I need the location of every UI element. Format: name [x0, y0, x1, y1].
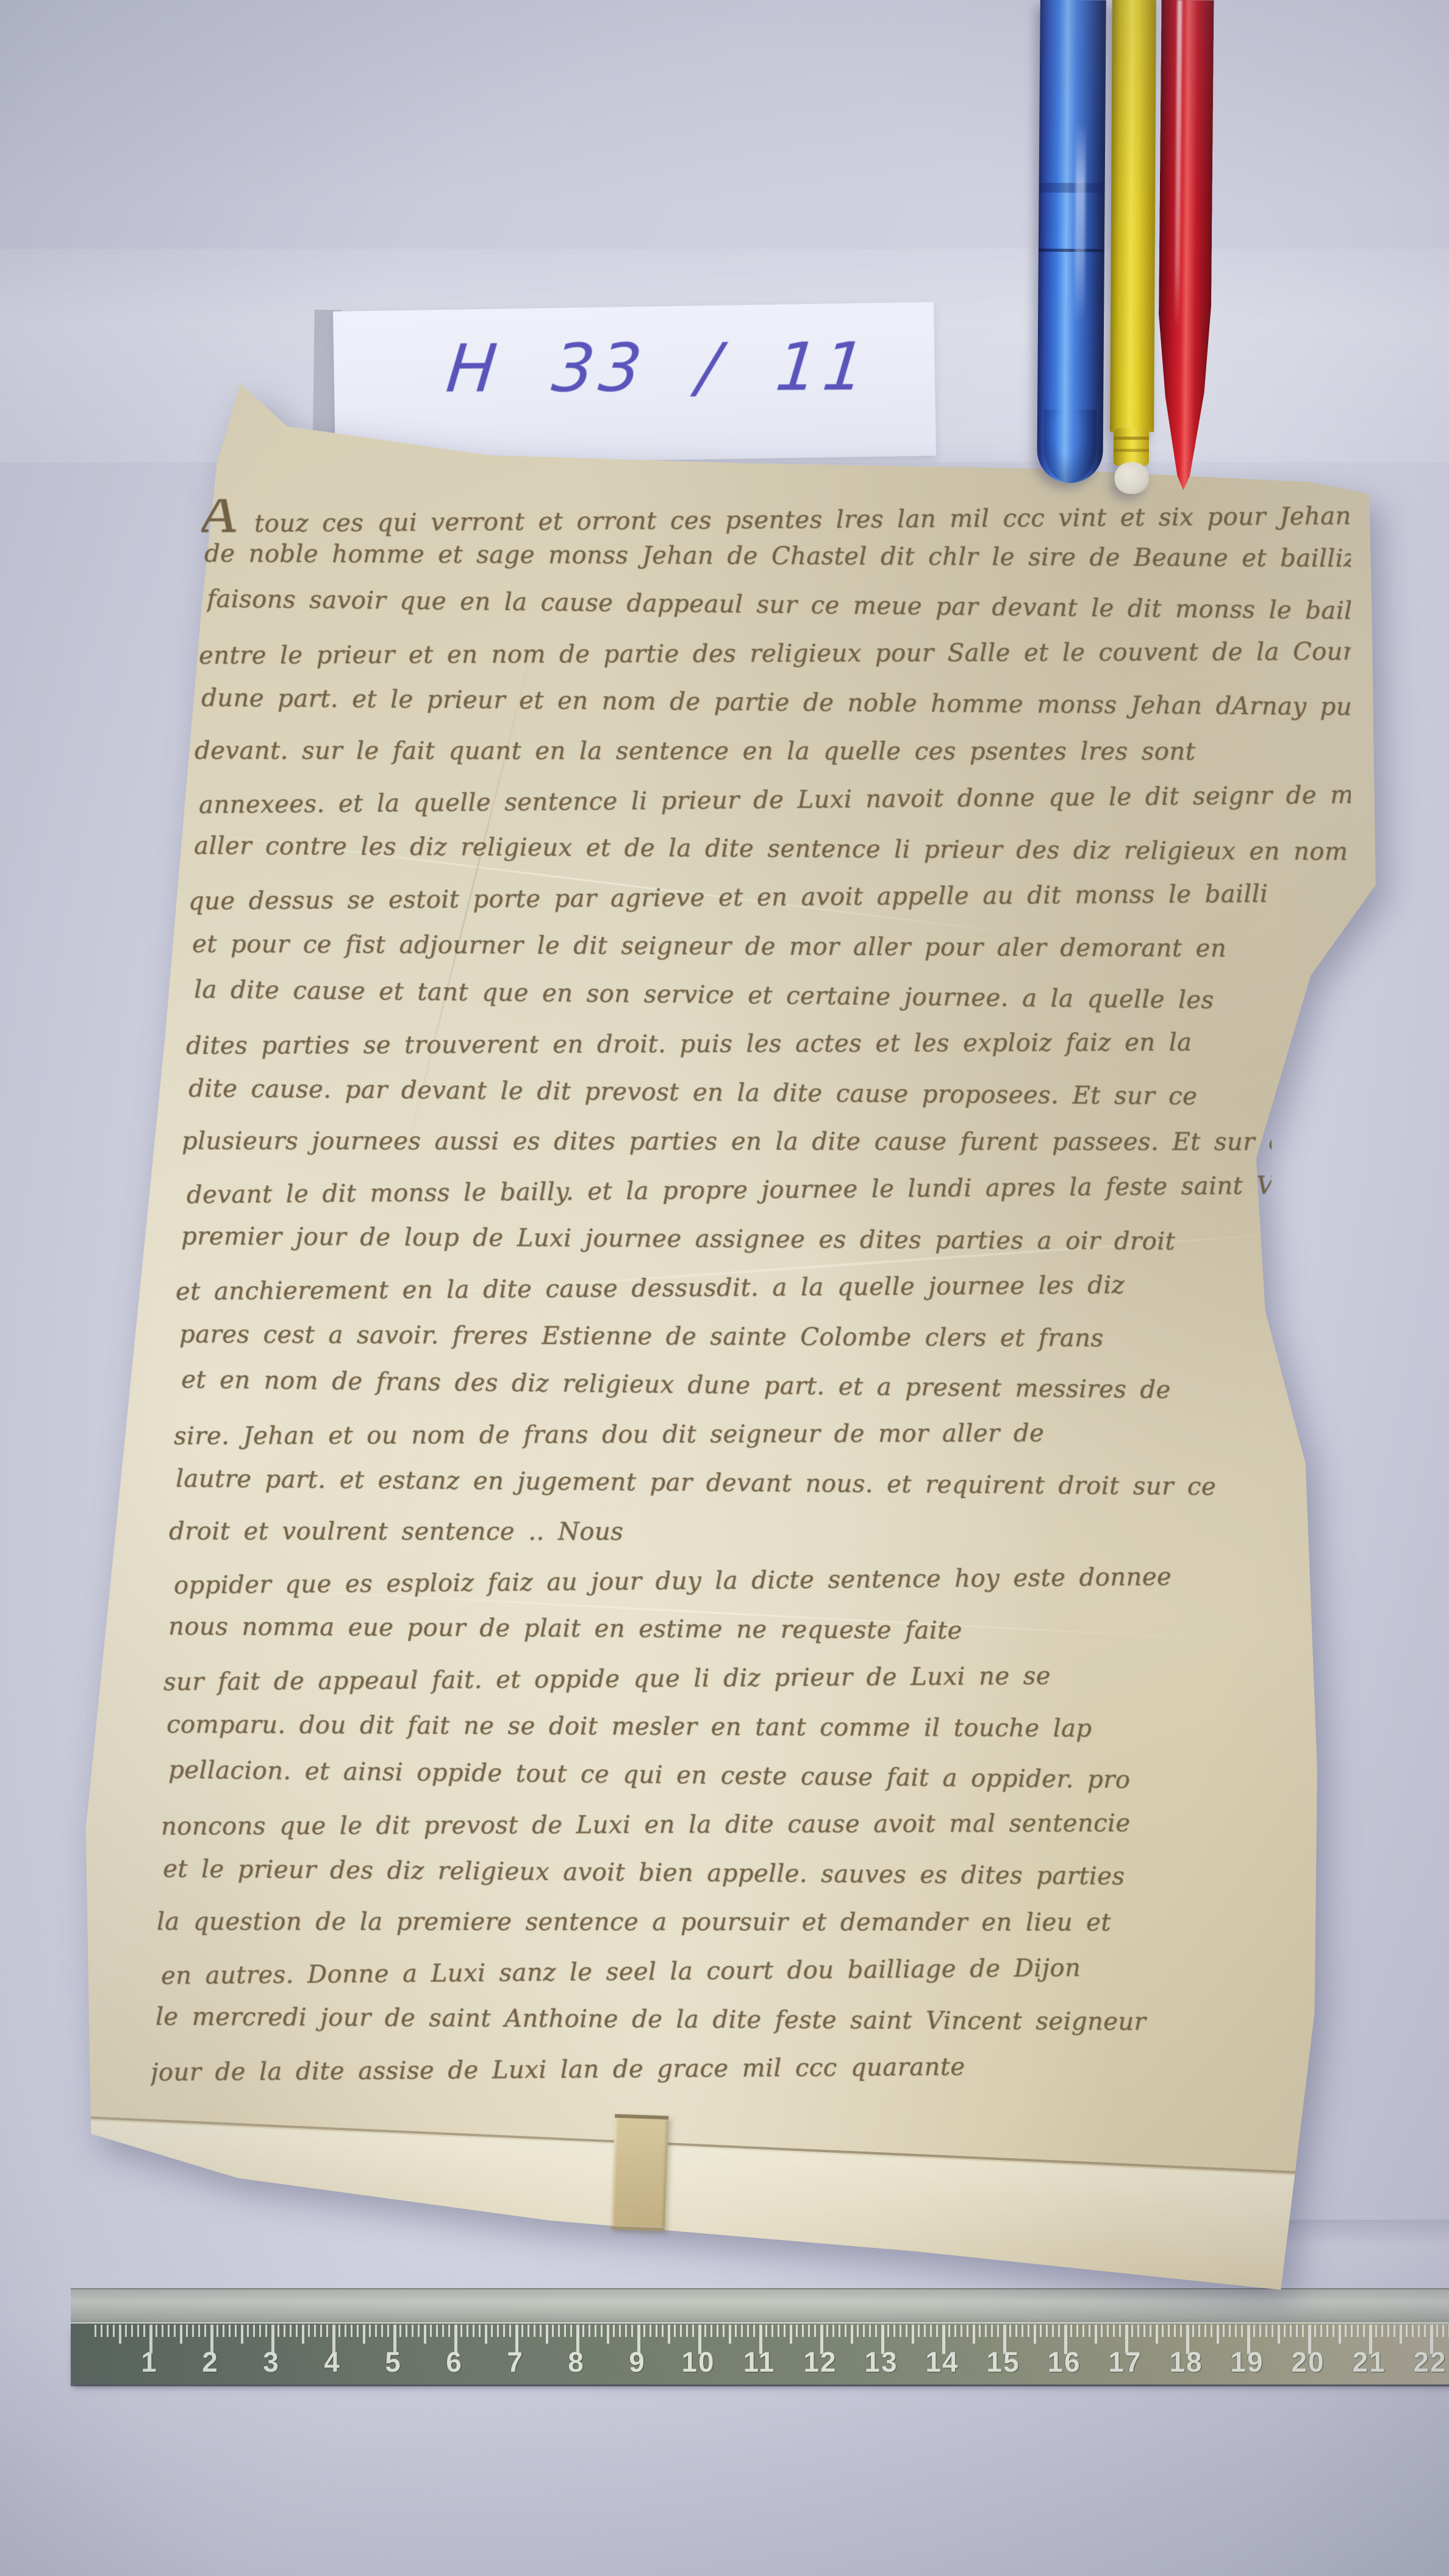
ruler-tick	[534, 2325, 535, 2337]
ruler-tick	[1272, 2325, 1273, 2337]
ruler-tick	[259, 2325, 261, 2337]
ruler-tick	[125, 2325, 127, 2337]
ruler-tick	[930, 2325, 932, 2337]
ruler-tick	[619, 2325, 621, 2337]
ruler-tick	[1235, 2325, 1237, 2337]
yellow-pen-ridge	[1114, 437, 1149, 440]
ruler-tick	[247, 2325, 249, 2337]
ruler-tick	[284, 2325, 285, 2337]
ruler-number: 18	[1169, 2345, 1203, 2378]
ruler-tick	[1314, 2325, 1316, 2337]
ruler-tick	[717, 2325, 718, 2337]
ruler-tick	[436, 2325, 438, 2337]
ruler-tick	[1150, 2325, 1151, 2337]
ruler-tick	[692, 2325, 694, 2337]
ruler-tick	[1211, 2325, 1212, 2337]
ruler-number: 10	[681, 2345, 715, 2378]
ruler-tick	[1028, 2325, 1029, 2337]
ruler-tick	[936, 2325, 938, 2337]
ruler-tick	[277, 2325, 279, 2337]
ruler-tick	[1363, 2325, 1365, 2337]
ruler-tick	[845, 2325, 846, 2337]
blue-pen-glare	[1075, 122, 1086, 323]
ruler-tick	[162, 2325, 163, 2337]
ruler-tick	[735, 2325, 737, 2337]
ruler-tick	[424, 2325, 426, 2344]
ruler-tick	[503, 2325, 505, 2337]
ruler-tick	[143, 2325, 145, 2337]
ruler-tick	[570, 2325, 572, 2337]
ruler-tick	[1180, 2325, 1182, 2337]
ruler-tick	[101, 2325, 102, 2337]
ruler-tick	[399, 2325, 401, 2337]
ruler-tick	[131, 2325, 133, 2337]
ruler-tick	[430, 2325, 432, 2337]
ruler-tick	[656, 2325, 657, 2337]
ruler-tick	[180, 2325, 182, 2344]
ruler-tick	[991, 2325, 993, 2337]
ruler-tick	[1418, 2325, 1420, 2337]
manuscript-line: pares cest a savoir. freres Estienne de …	[179, 1322, 1272, 1366]
ruler-tick	[326, 2325, 328, 2337]
ruler-tick	[1070, 2325, 1072, 2337]
ruler-tick	[479, 2325, 481, 2337]
ruler-tick	[747, 2325, 749, 2337]
ruler-tick	[174, 2325, 176, 2337]
ruler-tick	[406, 2325, 407, 2337]
ruler-tick	[198, 2325, 200, 2337]
ruler-tick	[906, 2325, 907, 2337]
ruler-tick	[1400, 2325, 1402, 2344]
ruler-tick	[1259, 2325, 1261, 2337]
ruler-tick	[1217, 2325, 1219, 2344]
ruler-tick	[1174, 2325, 1176, 2337]
ruler-tick	[1290, 2325, 1292, 2337]
ruler-tick	[863, 2325, 865, 2337]
ruler-tick	[448, 2325, 450, 2337]
manuscript-line: comparu. dou dit fait ne se doit mesler …	[166, 1712, 1296, 1756]
ruler-tick	[418, 2325, 420, 2337]
photo-of-archival-document: { "scene_colors": { "background": "#cdcf…	[0, 0, 1449, 2576]
ruler-tick	[1412, 2325, 1414, 2337]
ruler-tick	[826, 2325, 828, 2337]
ruler-tick	[649, 2325, 651, 2337]
ruler-number: 17	[1108, 2345, 1142, 2378]
ruler-tick	[1168, 2325, 1170, 2337]
ruler-tick	[631, 2325, 633, 2337]
ruler-tick	[235, 2325, 237, 2337]
ruler-number: 15	[986, 2345, 1020, 2378]
ruler-tick	[473, 2325, 474, 2337]
ruler-tick	[1076, 2325, 1078, 2337]
blue-pen-end-dome	[1043, 410, 1097, 484]
ruler-number: 20	[1291, 2345, 1325, 2378]
ruler-tick	[918, 2325, 920, 2337]
ruler-tick	[509, 2325, 511, 2337]
ruler-tick	[137, 2325, 139, 2337]
ruler-tick	[607, 2325, 609, 2344]
ruler-tick	[345, 2325, 346, 2337]
ruler-tick	[601, 2325, 603, 2337]
ruler-number: 6	[446, 2345, 463, 2378]
blue-pen-cap-band	[1039, 183, 1105, 193]
ruler-scale-face: 12345678910111213141516171819202122	[71, 2324, 1449, 2385]
blue-pen	[1037, 0, 1106, 483]
ruler-tick	[893, 2325, 895, 2337]
ruler-tick	[253, 2325, 255, 2337]
ruler-tick	[1406, 2325, 1408, 2337]
ruler-tick	[741, 2325, 743, 2337]
ruler-tick	[582, 2325, 584, 2337]
ruler-tick	[686, 2325, 688, 2337]
ruler-tick	[839, 2325, 840, 2337]
ruler-tick	[1241, 2325, 1243, 2337]
ruler-tick	[961, 2325, 962, 2337]
ruler-number: 2	[202, 2345, 219, 2378]
ruler-tick	[1095, 2325, 1097, 2344]
ruler-tick	[296, 2325, 298, 2337]
ruler-tick	[1131, 2325, 1133, 2337]
ruler-tick	[552, 2325, 554, 2337]
ruler-tick	[302, 2325, 304, 2344]
manuscript-line: plusieurs journees aussi es dites partie…	[182, 1129, 1272, 1169]
ruler-number: 11	[743, 2345, 776, 2378]
ruler-tick	[95, 2325, 96, 2337]
ruler-tick	[216, 2325, 218, 2337]
ruler-tick	[1253, 2325, 1255, 2337]
yellow-pen-white-tip	[1115, 462, 1149, 494]
ruler-tick	[381, 2325, 383, 2337]
ruler-tick	[1357, 2325, 1359, 2337]
ruler-tick	[1229, 2325, 1231, 2337]
ruler-tick	[1082, 2325, 1084, 2337]
ruler-tick	[1089, 2325, 1090, 2337]
ruler-tick	[857, 2325, 859, 2337]
ruler-tick	[1424, 2325, 1426, 2337]
ruler-tick	[168, 2325, 170, 2337]
ruler-tick	[363, 2325, 365, 2344]
manuscript-line: la question de la premiere sentence a po…	[157, 1909, 1305, 1950]
ruler-tick	[357, 2325, 359, 2337]
ruler-tick	[765, 2325, 767, 2337]
manuscript-line: droit et voulrent sentence .. Nous	[169, 1519, 1296, 1559]
ruler-tick	[1009, 2325, 1011, 2337]
ruler-tick	[351, 2325, 352, 2337]
ruler-tick	[320, 2325, 322, 2337]
manuscript-line: aller contre les diz religieux et de la …	[194, 834, 1351, 879]
ruler-tick	[186, 2325, 188, 2337]
seal-tag	[611, 2114, 669, 2231]
ruler-number: 1	[141, 2345, 158, 2378]
ruler-tick	[107, 2325, 109, 2337]
ruler-number: 14	[925, 2345, 959, 2378]
ruler-tick	[308, 2325, 310, 2337]
ruler-tick	[771, 2325, 773, 2337]
ruler-tick	[1333, 2325, 1334, 2337]
ruler-tick	[290, 2325, 292, 2337]
ruler-tick	[1113, 2325, 1115, 2337]
manuscript-line: le mercredi jour de saint Anthoine de la…	[156, 2005, 1305, 2050]
ruler-number: 12	[803, 2345, 837, 2378]
ruler-tick	[338, 2325, 340, 2337]
yellow-pen-ridge	[1114, 449, 1149, 452]
ruler-tick	[832, 2325, 834, 2337]
ruler-tick	[485, 2325, 487, 2344]
ruler-tick	[265, 2325, 267, 2337]
ruler-tick	[156, 2325, 157, 2337]
ruler-tick	[192, 2325, 194, 2337]
manuscript-line: noncons que le dit prevost de Luxi en la…	[161, 1811, 1296, 1853]
ruler-tick	[1387, 2325, 1389, 2337]
ruler-tick	[241, 2325, 243, 2344]
ruler-tick	[1278, 2325, 1280, 2344]
ruler-tick	[595, 2325, 596, 2337]
ruler-tick	[979, 2325, 981, 2337]
manuscript-line: entre le prieur et en nom de partie des …	[199, 640, 1351, 683]
ruler-tick	[387, 2325, 389, 2337]
ruler-tick	[710, 2325, 712, 2337]
ruler-tick	[973, 2325, 975, 2344]
ruler-tick	[1040, 2325, 1042, 2337]
manuscript-line: A touz ces qui verront et orront ces pse…	[201, 491, 1351, 538]
ruler-tick	[412, 2325, 413, 2337]
ruler-tick	[1143, 2325, 1145, 2337]
ruler-tick	[119, 2325, 121, 2344]
ruler-tick	[912, 2325, 914, 2344]
ruler-tick	[314, 2325, 316, 2337]
ruler-tick	[1326, 2325, 1328, 2337]
manuscript-line: et pour ce fist adjourner le dit seigneu…	[192, 932, 1272, 976]
manuscript-line: sur fait de appeaul fait. et oppide que …	[163, 1662, 1296, 1709]
ruler-number: 3	[263, 2345, 280, 2378]
ruler-tick	[674, 2325, 676, 2337]
ruler-tick	[1351, 2325, 1353, 2337]
manuscript-line: premier jour de loup de Luxi journee ass…	[181, 1224, 1272, 1268]
ruler-tick	[869, 2325, 871, 2337]
ruler-tick	[1046, 2325, 1048, 2337]
ruler-tick	[1137, 2325, 1139, 2337]
ruler-tick	[1101, 2325, 1103, 2337]
red-pen-glare	[1175, 0, 1182, 329]
ruler-tick	[1162, 2325, 1164, 2337]
ruler-number: 8	[568, 2345, 585, 2378]
yellow-pen	[1110, 0, 1156, 432]
ruler-tick	[625, 2325, 627, 2337]
ruler-tick	[375, 2325, 377, 2337]
ruler-tick	[497, 2325, 499, 2337]
ruler-tick	[613, 2325, 615, 2337]
ruler-number: 9	[629, 2345, 646, 2378]
ruler-tick	[1284, 2325, 1286, 2337]
ruler-tick	[528, 2325, 529, 2337]
ruler-tick	[808, 2325, 810, 2337]
manuscript-line: jour de la dite assise de Luxi lan de gr…	[151, 2052, 1305, 2099]
ruler-tick	[796, 2325, 798, 2337]
ruler-tick	[460, 2325, 462, 2337]
ruler-tick	[491, 2325, 493, 2337]
ruler-tick	[814, 2325, 816, 2337]
ruler-number: 19	[1230, 2345, 1264, 2378]
manuscript-line: de noble homme et sage monss Jehan de Ch…	[204, 542, 1351, 585]
ruler-tick	[442, 2325, 444, 2337]
ruler-tick	[564, 2325, 566, 2337]
ruler-tick	[589, 2325, 590, 2337]
ruler-tick	[1394, 2325, 1395, 2337]
ruler-tick	[924, 2325, 926, 2337]
ruler-tick	[521, 2325, 523, 2337]
ruler-tick	[467, 2325, 468, 2337]
ruler-tick	[369, 2325, 371, 2337]
manuscript-line: sire. Jehan et ou nom de frans dou dit s…	[174, 1420, 1296, 1463]
ruler-tick	[704, 2325, 706, 2337]
ruler-tick	[1058, 2325, 1060, 2337]
yellow-pen-neck	[1114, 428, 1149, 466]
ruler-tick	[1442, 2325, 1444, 2337]
ruler-number: 7	[507, 2345, 524, 2378]
ruler-tick	[680, 2325, 682, 2337]
ruler-tick	[900, 2325, 901, 2337]
ruler-tick	[1302, 2325, 1304, 2337]
ruler-tick	[753, 2325, 755, 2337]
manuscript-line: nous nomma eue pour de plait en estime n…	[168, 1614, 1296, 1659]
ruler-tick	[546, 2325, 548, 2344]
ruler-tick	[1436, 2325, 1438, 2337]
ruler-tick	[967, 2325, 968, 2337]
ruler-tick	[1034, 2325, 1036, 2344]
ruler-tick	[778, 2325, 779, 2337]
ruler-tick	[1198, 2325, 1200, 2337]
ruler-number: 5	[385, 2345, 402, 2378]
ruler-tick	[851, 2325, 853, 2344]
ruler-tick	[784, 2325, 785, 2337]
ruler-tick	[1381, 2325, 1383, 2337]
ruler-tick	[1107, 2325, 1109, 2337]
ruler-tick	[1156, 2325, 1158, 2344]
ruler-tick	[954, 2325, 956, 2337]
ruler-tick	[643, 2325, 645, 2337]
blue-pen-cap-junction	[1039, 249, 1104, 252]
ruler-tick	[1204, 2325, 1206, 2337]
ruler-tick	[729, 2325, 731, 2344]
ruler-number: 13	[864, 2345, 898, 2378]
ruler-tick	[985, 2325, 987, 2337]
manuscript-line: et anchierement en la dite cause dessusd…	[176, 1272, 1272, 1319]
ruler-tick	[113, 2325, 115, 2337]
ruler-tick	[1296, 2325, 1298, 2337]
ruler-tick	[540, 2325, 542, 2337]
manuscript-line: dites parties se trouverent en droit. pu…	[186, 1030, 1272, 1073]
ruler-tick	[668, 2325, 670, 2344]
ruler-tick	[229, 2325, 231, 2337]
ruler-tick	[1265, 2325, 1267, 2337]
ruler-tick	[997, 2325, 999, 2337]
ruler-tick	[662, 2325, 664, 2337]
ruler-tick	[558, 2325, 560, 2337]
manuscript-line: que dessus se estoit porte par agrieve e…	[188, 882, 1272, 928]
ruler-number: 16	[1047, 2345, 1081, 2378]
ruler-tick	[223, 2325, 224, 2337]
ruler-tick	[204, 2325, 206, 2337]
ruler-tick	[1320, 2325, 1322, 2337]
ruler-tick	[948, 2325, 950, 2337]
manuscript-line: devant. sur le fait quant en la sentence…	[195, 739, 1351, 779]
ruler-number: 4	[324, 2345, 341, 2378]
ruler-tick	[1339, 2325, 1341, 2344]
ruler-tick	[1345, 2325, 1347, 2337]
ruler-tick	[1223, 2325, 1225, 2337]
ruler-tick	[1375, 2325, 1377, 2337]
ruler-tick	[1015, 2325, 1017, 2337]
ruler-tick	[790, 2325, 792, 2344]
ruler-number: 22	[1413, 2345, 1447, 2378]
ruler-tick	[723, 2325, 724, 2337]
ruler-tick	[1119, 2325, 1121, 2337]
ruler-tick	[1021, 2325, 1023, 2337]
ruler-tick	[875, 2325, 877, 2337]
ruler-tick	[1052, 2325, 1054, 2337]
ruler-tick	[887, 2325, 889, 2337]
ruler-tick	[1192, 2325, 1194, 2337]
ruler-number: 21	[1352, 2345, 1386, 2378]
ruler-tick	[802, 2325, 804, 2337]
